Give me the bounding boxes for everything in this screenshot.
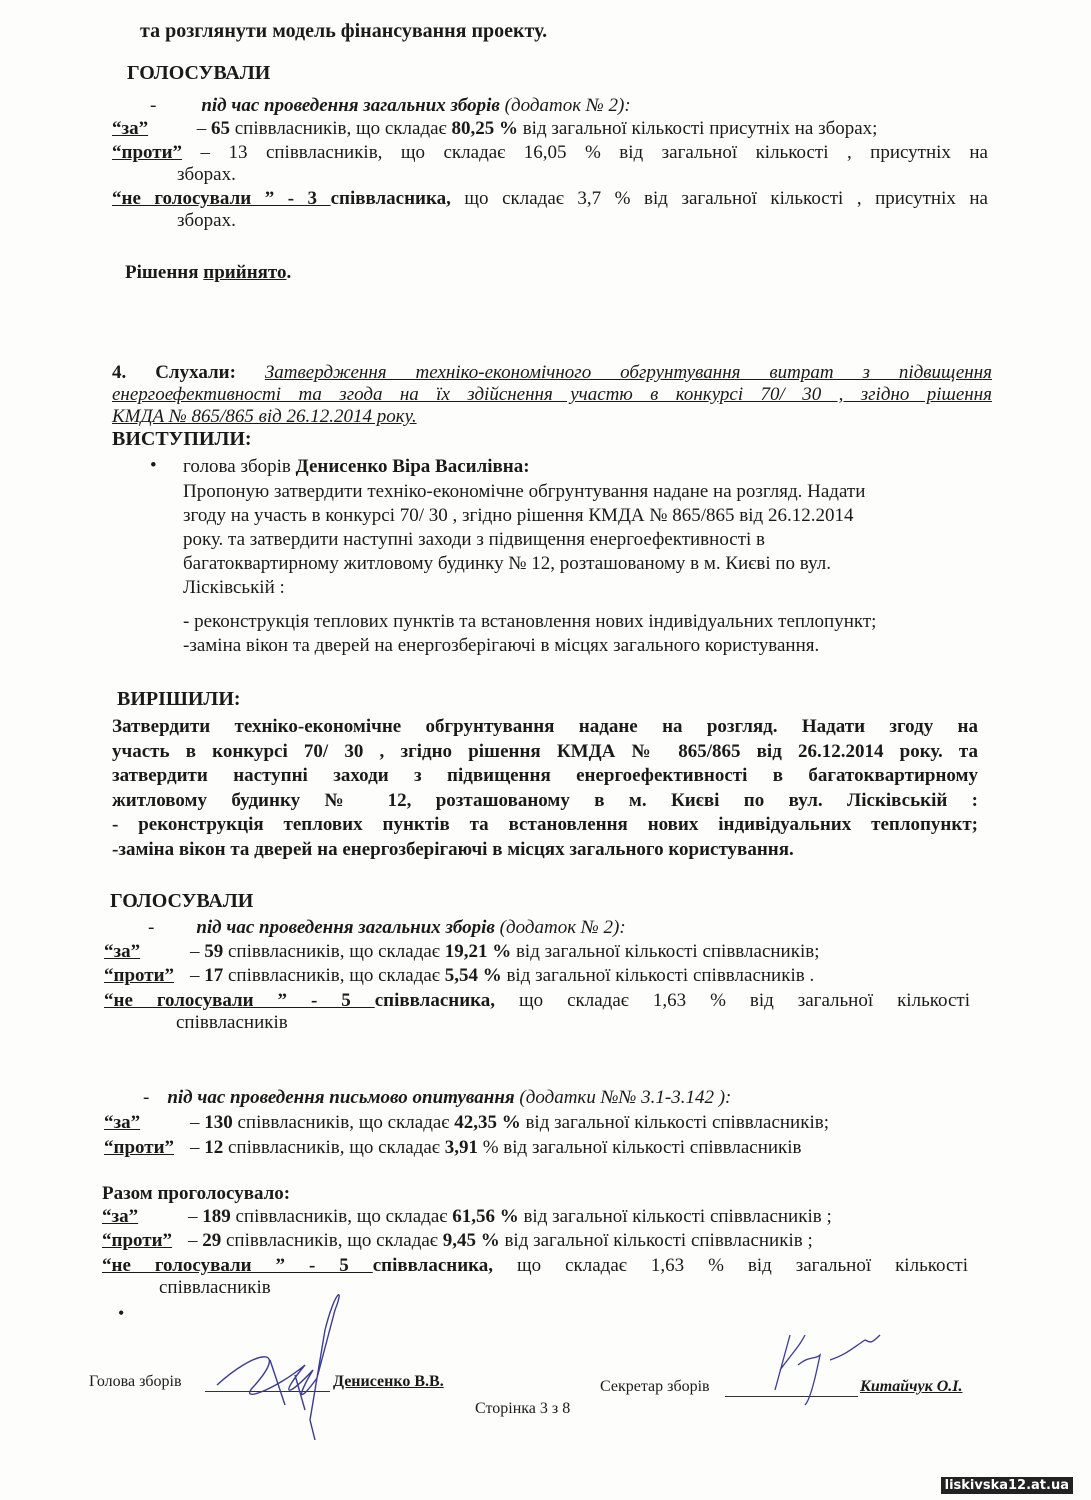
section-heading-resolved: ВИРІШИЛИ:	[117, 688, 241, 711]
section-heading-speakers: ВИСТУПИЛИ:	[112, 428, 252, 451]
vote-sub-meeting-2: -під час проведення загальних зборів (до…	[148, 917, 626, 939]
decision-status: Рішення прийнято.	[125, 262, 291, 284]
speaker-line: голова зборів Денисенко Віра Василівна:	[183, 456, 530, 478]
vote-sub-written: -під час проведення письмово опитування …	[143, 1087, 731, 1109]
secretary-signature-icon	[770, 1330, 900, 1410]
vote-abstain-row: “не голосували ” - 3 співвласника, що ск…	[112, 188, 988, 232]
page-number: Сторінка 3 з 8	[475, 1400, 570, 1418]
vote-against-row: “проти”– 12 співвласників, що складає 3,…	[104, 1137, 802, 1159]
bullet-icon: •	[118, 1303, 124, 1324]
vote-for-row: “за”– 130 співвласників, що складає 42,3…	[104, 1112, 829, 1134]
section-heading-voted-2: ГОЛОСУВАЛИ	[110, 890, 253, 913]
vote-against-row: “проти”– 17 співвласників, що складає 5,…	[104, 965, 814, 987]
vote-abstain-row: “не голосували ” - 5 співвласника, що ск…	[104, 990, 970, 1034]
total-heading: Разом проголосувало:	[102, 1183, 290, 1205]
section-heading-voted: ГОЛОСУВАЛИ	[127, 62, 270, 85]
vote-for-row: “за”– 59 співвласників, що складає 19,21…	[104, 941, 819, 963]
chair-signature-icon	[195, 1290, 345, 1460]
vote-against-row: “проти”– 29 співвласників, що складає 9,…	[102, 1230, 813, 1252]
vote-for-row: “за” – 65 співвласників, що складає 80,2…	[112, 118, 877, 140]
vote-for-row: “за”– 189 співвласників, що складає 61,5…	[102, 1206, 832, 1228]
intro-line: та розглянути модель фінансування проект…	[140, 20, 547, 43]
watermark: liskivska12.at.ua	[941, 1477, 1073, 1494]
vote-sub-meeting: -під час проведення загальних зборів (до…	[150, 95, 631, 117]
resolved-text: Затвердити техніко-економічне обгрунтува…	[112, 715, 978, 862]
chair-name: Денисенко В.В.	[333, 1373, 444, 1391]
chair-label: Голова зборів	[89, 1373, 182, 1391]
vote-against-row: “проти” – 13 співвласників, що складає 1…	[112, 142, 988, 186]
bullet-icon: •	[150, 455, 157, 477]
speaker-proposal: Пропоную затвердити техніко-економічне о…	[183, 480, 865, 600]
item-4-heard: 4. Слухали: Затвердження техніко-економі…	[112, 362, 992, 428]
secretary-label: Секретар зборів	[600, 1378, 710, 1396]
speaker-measures: - реконструкція теплових пунктів та вста…	[183, 610, 876, 658]
